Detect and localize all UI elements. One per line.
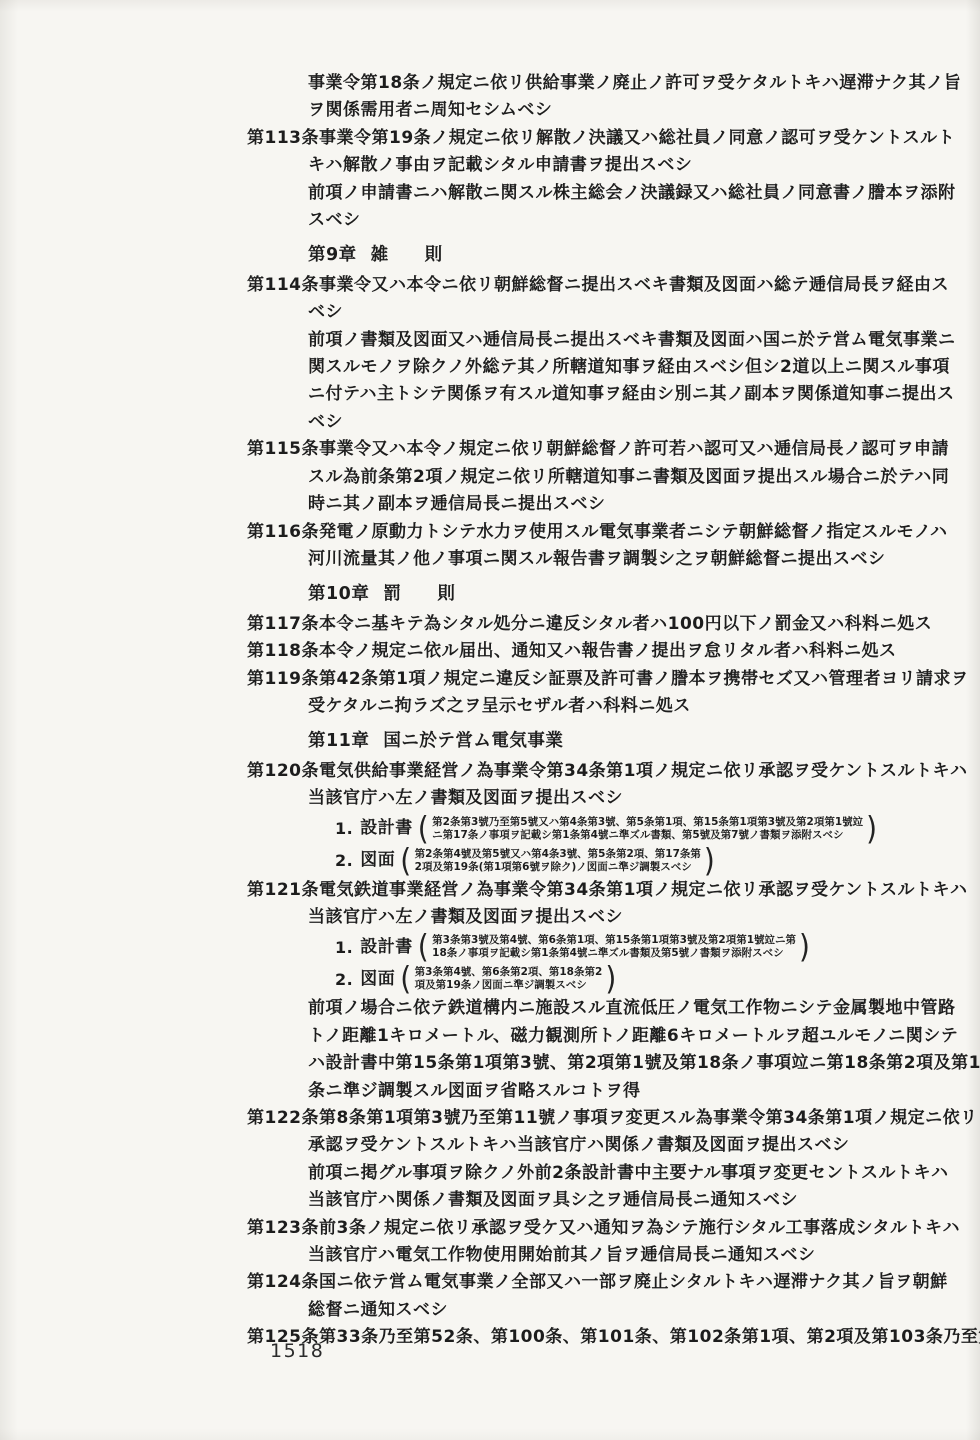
article-number: 第119条 [247, 666, 319, 693]
page-number: 1518 [270, 1340, 324, 1362]
article-text: 本令ノ規定ニ依ル届出、通知又ハ報告書ノ提出ヲ怠リタル者ハ科料ニ処ス [319, 638, 897, 665]
continuation-row: 前項ノ書類及図面又ハ逓信局長ニ提出スベキ書類及図面ハ国ニ於テ営ム電気事業ニ [247, 327, 947, 354]
paren-note: 第3条第4號、第6条第2項、第18条第2項及第19条ノ図面ニ準ジ調製スベシ [415, 966, 603, 992]
article-text: 第42条第1項ノ規定ニ違反シ証票及許可書ノ謄本ヲ携帯セズ又ハ管理者ヨリ請求ヲ [319, 666, 968, 693]
article-row: 第115条事業令又ハ本令ノ規定ニ依リ朝鮮総督ノ許可若ハ認可又ハ逓信局長ノ認可ヲ申… [247, 436, 947, 463]
open-paren-glyph: ( [418, 812, 429, 844]
article-row: 第120条電気供給事業経営ノ為事業令第34条第1項ノ規定ニ依リ承認ヲ受ケントスル… [247, 758, 947, 785]
article-text: 本令ニ基キテ為シタル処分ニ違反シタル者ハ100円以下ノ罰金又ハ科料ニ処ス [319, 611, 932, 638]
article-number: 第124条 [247, 1269, 319, 1296]
article-text: ベシ [308, 409, 343, 436]
attachment-list-item: 2.図面(第3条第4號、第6条第2項、第18条第2項及第19条ノ図面ニ準ジ調製ス… [274, 963, 947, 995]
continuation-row: 河川流量其ノ他ノ事項ニ関スル報告書ヲ調製シ之ヲ朝鮮総督ニ提出スベシ [247, 546, 947, 573]
paren-note-line: 第2条第3號乃至第5號又ハ第4条第3號、第5条第1項、第15条第1項第3號及第2… [432, 816, 863, 829]
close-paren-glyph: ) [799, 931, 810, 963]
article-number: 第122条 [247, 1105, 319, 1132]
article-row: 第124条国ニ依テ営ム電気事業ノ全部又ハ一部ヲ廃止シタルトキハ遅滞ナク其ノ旨ヲ朝… [247, 1269, 947, 1296]
article-text: スベシ [308, 207, 361, 234]
paren-note-line: 第3条第3號及第4號、第6条第1項、第15条第1項第3號及第2項第1號竝ニ第 [432, 934, 796, 947]
continuation-row: 受ケタルニ拘ラズ之ヲ呈示セザル者ハ科料ニ処ス [247, 693, 947, 720]
article-text: 事業令又ハ本令ニ依リ朝鮮総督ニ提出スベキ書類及図面ハ総テ逓信局長ヲ経由ス [319, 272, 949, 299]
list-item-label: 図面 [360, 847, 395, 874]
article-text: キハ解散ノ事由ヲ記載シタル申請書ヲ提出スベシ [308, 152, 692, 179]
article-text: ニ付テハ主トシテ関係ヲ有スル道知事ヲ経由シ別ニ其ノ副本ヲ関係道知事ニ提出ス [308, 381, 954, 408]
continuation-row: ヲ関係需用者ニ周知セシムベシ [247, 97, 947, 124]
paren-note: 第3条第3號及第4號、第6条第1項、第15条第1項第3號及第2項第1號竝ニ第18… [432, 934, 796, 960]
chapter-number: 第10章 [308, 581, 369, 608]
list-item-number: 1. [335, 934, 353, 961]
document-text: 事業令第18条ノ規定ニ依リ供給事業ノ廃止ノ許可ヲ受ケタルトキハ遅滞ナク其ノ旨ヲ関… [247, 70, 947, 1352]
continuation-row: ベシ [247, 299, 947, 326]
list-item-number: 2. [335, 847, 353, 874]
open-paren-glyph: ( [400, 844, 411, 876]
article-text: 受ケタルニ拘ラズ之ヲ呈示セザル者ハ科料ニ処ス [308, 693, 691, 720]
attachment-list-item: 2.図面(第2条第4號及第5號又ハ第4条3號、第5条第2項、第17条第2項及第1… [274, 845, 947, 877]
article-text: 当該官庁ハ関係ノ書類及図面ヲ具シ之ヲ逓信局長ニ通知スベシ [308, 1187, 798, 1214]
article-text: 第33条乃至第52条、第100条、第101条、第102条第1項、第2項及第103… [319, 1324, 980, 1351]
article-row: 第117条本令ニ基キテ為シタル処分ニ違反シタル者ハ100円以下ノ罰金又ハ科料ニ処… [247, 611, 947, 638]
article-row: 第114条事業令又ハ本令ニ依リ朝鮮総督ニ提出スベキ書類及図面ハ総テ逓信局長ヲ経由… [247, 272, 947, 299]
article-text: 事業令第19条ノ規定ニ依リ解散ノ決議又ハ総社員ノ同意ノ認可ヲ受ケントスルト [319, 125, 955, 152]
continuation-row: 承認ヲ受ケントスルトキハ当該官庁ハ関係ノ書類及図面ヲ提出スベシ [247, 1132, 947, 1159]
continuation-row: ベシ [247, 409, 947, 436]
continuation-row: 前項ノ申請書ニハ解散ニ関スル株主総会ノ決議録又ハ総社員ノ同意書ノ謄本ヲ添附 [247, 180, 947, 207]
article-text: トノ距離1キロメートル、磁力観測所トノ距離6キロメートルヲ超ユルモノニ関シテ [308, 1023, 958, 1050]
article-number: 第117条 [247, 611, 319, 638]
chapter-number: 第9章 [308, 242, 357, 269]
list-item-label: 図面 [360, 966, 395, 993]
article-text: 第8条第1項第3號乃至第11號ノ事項ヲ変更スル為事業令第34条第1項ノ規定ニ依リ [319, 1105, 978, 1132]
article-text: 前項ニ掲グル事項ヲ除クノ外前2条設計書中主要ナル事項ヲ変更セントスルトキハ [308, 1160, 948, 1187]
article-text: 当該官庁ハ電気工作物使用開始前其ノ旨ヲ逓信局長ニ通知スベシ [308, 1242, 816, 1269]
article-text: 当該官庁ハ左ノ書類及図面ヲ提出スベシ [308, 904, 623, 931]
continuation-row: 当該官庁ハ関係ノ書類及図面ヲ具シ之ヲ逓信局長ニ通知スベシ [247, 1187, 947, 1214]
article-number: 第121条 [247, 877, 319, 904]
continuation-row: 当該官庁ハ左ノ書類及図面ヲ提出スベシ [247, 904, 947, 931]
continuation-row: 総督ニ通知スベシ [247, 1297, 947, 1324]
article-row: 第119条第42条第1項ノ規定ニ違反シ証票及許可書ノ謄本ヲ携帯セズ又ハ管理者ヨリ… [247, 666, 947, 693]
chapter-title: 罰 則 [383, 581, 455, 608]
chapter-title: 国ニ於テ営ム電気事業 [383, 728, 563, 755]
article-number: 第118条 [247, 638, 319, 665]
article-text: 承認ヲ受ケントスルトキハ当該官庁ハ関係ノ書類及図面ヲ提出スベシ [308, 1132, 849, 1159]
article-row: 第121条電気鉄道事業経営ノ為事業令第34条第1項ノ規定ニ依リ承認ヲ受ケントスル… [247, 877, 947, 904]
continuation-row: スル為前条第2項ノ規定ニ依リ所轄道知事ニ書類及図面ヲ提出スル場合ニ於テハ同 [247, 464, 947, 491]
paren-note-line: 項及第19条ノ図面ニ準ジ調製スベシ [415, 979, 603, 992]
continuation-row: スベシ [247, 207, 947, 234]
list-item-label: 設計書 [360, 815, 413, 842]
list-item-label: 設計書 [360, 934, 413, 961]
continuation-row: 事業令第18条ノ規定ニ依リ供給事業ノ廃止ノ許可ヲ受ケタルトキハ遅滞ナク其ノ旨 [247, 70, 947, 97]
article-text: 電気鉄道事業経営ノ為事業令第34条第1項ノ規定ニ依リ承認ヲ受ケントスルトキハ [319, 877, 967, 904]
paren-note-line: ニ第17条ノ事項ヲ記載シ第1条第4號ニ準ズル書類、第5號及第7號ノ書類ヲ添附スベ… [432, 829, 863, 842]
continuation-row: ニ付テハ主トシテ関係ヲ有スル道知事ヲ経由シ別ニ其ノ副本ヲ関係道知事ニ提出ス [247, 381, 947, 408]
continuation-row: 関スルモノヲ除クノ外総テ其ノ所轄道知事ヲ経由スベシ但シ2道以上ニ関スル事項 [247, 354, 947, 381]
open-paren-glyph: ( [400, 963, 411, 995]
article-row: 第125条第33条乃至第52条、第100条、第101条、第102条第1項、第2項… [247, 1324, 947, 1351]
article-text: 事業令第18条ノ規定ニ依リ供給事業ノ廃止ノ許可ヲ受ケタルトキハ遅滞ナク其ノ旨 [308, 70, 961, 97]
article-text: 当該官庁ハ左ノ書類及図面ヲ提出スベシ [308, 785, 623, 812]
chapter-title: 雑 則 [371, 242, 443, 269]
continuation-row: 条ニ準ジ調製スル図面ヲ省略スルコトヲ得 [247, 1078, 947, 1105]
paren-note-line: 第2条第4號及第5號又ハ第4条3號、第5条第2項、第17条第 [415, 848, 701, 861]
paren-note: 第2条第4號及第5號又ハ第4条3號、第5条第2項、第17条第2項及第19条(第1… [415, 848, 701, 874]
article-text: ヲ関係需用者ニ周知セシムベシ [308, 97, 552, 124]
article-text: ハ設計書中第15条第1項第3號、第2項第1號及第18条ノ事項竝ニ第18条第2項及… [308, 1050, 980, 1077]
article-text: 国ニ依テ営ム電気事業ノ全部又ハ一部ヲ廃止シタルトキハ遅滞ナク其ノ旨ヲ朝鮮 [319, 1269, 948, 1296]
continuation-row: 当該官庁ハ電気工作物使用開始前其ノ旨ヲ逓信局長ニ通知スベシ [247, 1242, 947, 1269]
continuation-row: 当該官庁ハ左ノ書類及図面ヲ提出スベシ [247, 785, 947, 812]
article-number: 第120条 [247, 758, 319, 785]
list-item-number: 1. [335, 815, 353, 842]
article-text: 河川流量其ノ他ノ事項ニ関スル報告書ヲ調製シ之ヲ朝鮮総督ニ提出スベシ [308, 546, 886, 573]
article-row: 第118条本令ノ規定ニ依ル届出、通知又ハ報告書ノ提出ヲ怠リタル者ハ科料ニ処ス [247, 638, 947, 665]
chapter-heading: 第10章罰 則 [308, 581, 947, 608]
paren-note: 第2条第3號乃至第5號又ハ第4条第3號、第5条第1項、第15条第1項第3號及第2… [432, 816, 863, 842]
article-text: 前項ノ申請書ニハ解散ニ関スル株主総会ノ決議録又ハ総社員ノ同意書ノ謄本ヲ添附 [308, 180, 956, 207]
article-text: 前3条ノ規定ニ依リ承認ヲ受ケ又ハ通知ヲ為シテ施行シタル工事落成シタルトキハ [319, 1215, 960, 1242]
article-number: 第113条 [247, 125, 319, 152]
close-paren-glyph: ) [866, 812, 877, 844]
article-text: 総督ニ通知スベシ [308, 1297, 448, 1324]
attachment-list-item: 1.設計書(第2条第3號乃至第5號又ハ第4条第3號、第5条第1項、第15条第1項… [274, 813, 947, 845]
article-row: 第122条第8条第1項第3號乃至第11號ノ事項ヲ変更スル為事業令第34条第1項ノ… [247, 1105, 947, 1132]
article-text: 時ニ其ノ副本ヲ逓信局長ニ提出スベシ [308, 491, 606, 518]
continuation-row: トノ距離1キロメートル、磁力観測所トノ距離6キロメートルヲ超ユルモノニ関シテ [247, 1023, 947, 1050]
chapter-heading: 第9章雑 則 [308, 242, 947, 269]
paren-note-line: 18条ノ事項ヲ記載シ第1条第4號ニ準ズル書類及第5號ノ書類ヲ添附スベシ [432, 947, 796, 960]
article-text: 前項ノ場合ニ依テ鉄道構内ニ施設スル直流低圧ノ電気工作物ニシテ金属製地中管路 [308, 995, 956, 1022]
article-text: 関スルモノヲ除クノ外総テ其ノ所轄道知事ヲ経由スベシ但シ2道以上ニ関スル事項 [308, 354, 950, 381]
article-number: 第123条 [247, 1215, 319, 1242]
article-number: 第116条 [247, 519, 319, 546]
list-item-number: 2. [335, 966, 353, 993]
close-paren-glyph: ) [605, 963, 616, 995]
continuation-row: ハ設計書中第15条第1項第3號、第2項第1號及第18条ノ事項竝ニ第18条第2項及… [247, 1050, 947, 1077]
continuation-row: 前項ノ場合ニ依テ鉄道構内ニ施設スル直流低圧ノ電気工作物ニシテ金属製地中管路 [247, 995, 947, 1022]
paren-note-line: 第3条第4號、第6条第2項、第18条第2 [415, 966, 603, 979]
chapter-heading: 第11章国ニ於テ営ム電気事業 [308, 728, 947, 755]
article-text: 事業令又ハ本令ノ規定ニ依リ朝鮮総督ノ許可若ハ認可又ハ逓信局長ノ認可ヲ申請 [319, 436, 949, 463]
article-number: 第114条 [247, 272, 319, 299]
scanned-page: 事業令第18条ノ規定ニ依リ供給事業ノ廃止ノ許可ヲ受ケタルトキハ遅滞ナク其ノ旨ヲ関… [0, 0, 980, 1440]
close-paren-glyph: ) [704, 844, 715, 876]
article-row: 第113条事業令第19条ノ規定ニ依リ解散ノ決議又ハ総社員ノ同意ノ認可ヲ受ケントス… [247, 125, 947, 152]
article-row: 第123条前3条ノ規定ニ依リ承認ヲ受ケ又ハ通知ヲ為シテ施行シタル工事落成シタルト… [247, 1215, 947, 1242]
open-paren-glyph: ( [418, 931, 429, 963]
continuation-row: 前項ニ掲グル事項ヲ除クノ外前2条設計書中主要ナル事項ヲ変更セントスルトキハ [247, 1160, 947, 1187]
article-text: ベシ [308, 299, 343, 326]
continuation-row: 時ニ其ノ副本ヲ逓信局長ニ提出スベシ [247, 491, 947, 518]
paren-note-line: 2項及第19条(第1項第6號ヲ除ク)ノ図面ニ準ジ調製スベシ [415, 861, 701, 874]
article-text: 条ニ準ジ調製スル図面ヲ省略スルコトヲ得 [308, 1078, 641, 1105]
article-text: 発電ノ原動力トシテ水力ヲ使用スル電気事業者ニシテ朝鮮総督ノ指定スルモノハ [319, 519, 947, 546]
article-text: 前項ノ書類及図面又ハ逓信局長ニ提出スベキ書類及図面ハ国ニ於テ営ム電気事業ニ [308, 327, 956, 354]
article-row: 第116条発電ノ原動力トシテ水力ヲ使用スル電気事業者ニシテ朝鮮総督ノ指定スルモノ… [247, 519, 947, 546]
article-number: 第115条 [247, 436, 319, 463]
continuation-row: キハ解散ノ事由ヲ記載シタル申請書ヲ提出スベシ [247, 152, 947, 179]
article-text: 電気供給事業経営ノ為事業令第34条第1項ノ規定ニ依リ承認ヲ受ケントスルトキハ [319, 758, 967, 785]
chapter-number: 第11章 [308, 728, 369, 755]
article-text: スル為前条第2項ノ規定ニ依リ所轄道知事ニ書類及図面ヲ提出スル場合ニ於テハ同 [308, 464, 949, 491]
